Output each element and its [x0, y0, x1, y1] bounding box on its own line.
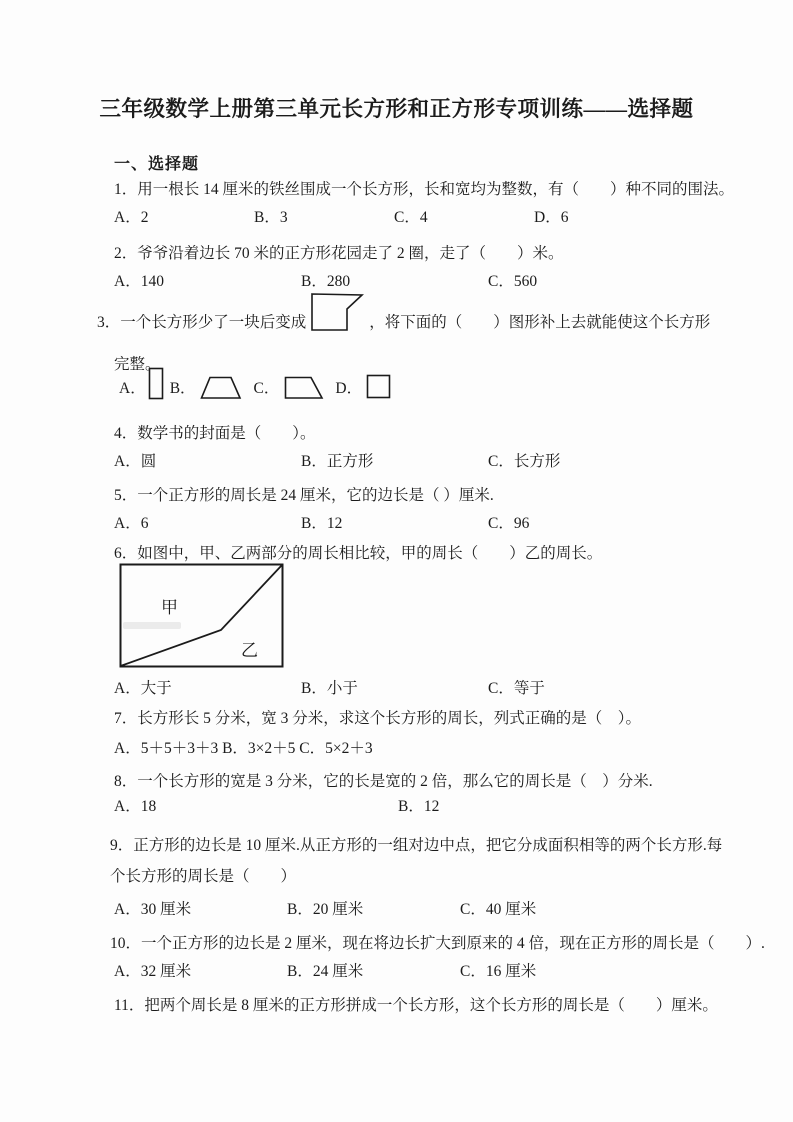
option-c: C．长方形: [488, 449, 675, 471]
question-7-stem: 7．长方形长 5 分米，宽 3 分米，求这个长方形的周长，列式正确的是（ ）。: [114, 706, 641, 728]
question-10-options: A．32 厘米 B．24 厘米 C．16 厘米: [114, 959, 633, 981]
question-4-options: A．圆 B．正方形 C．长方形: [114, 449, 675, 471]
option-b: B．24 厘米: [287, 959, 460, 981]
question-6-options: A．大于 B．小于 C．等于: [114, 676, 675, 698]
right-trapezoid-shape-icon: [284, 376, 324, 400]
figure-label-lower-region: 乙: [241, 641, 258, 660]
question-8-stem: 8．一个长方形的宽是 3 分米，它的长是宽的 2 倍，那么它的周长是（ ）分米.: [114, 769, 653, 791]
option-a: A．2: [114, 205, 254, 227]
option-b: B．12: [301, 511, 488, 533]
option-a: A．: [119, 376, 146, 400]
question-7-options: A．5＋5＋3＋3 B．3×2＋5 C．5×2＋3: [114, 736, 373, 758]
tall-rectangle-shape-icon: [148, 367, 164, 400]
question-1-options: A．2 B．3 C．4 D．6: [114, 205, 674, 227]
square-shape-icon: [366, 374, 392, 400]
option-c: C．96: [488, 511, 675, 533]
question-10-stem: 10．一个正方形的边长是 2 厘米，现在将边长扩大到原来的 4 倍，现在正方形的…: [110, 931, 765, 953]
scan-artifact: [123, 622, 181, 629]
option-a: A．140: [114, 269, 301, 291]
option-c: C．等于: [488, 676, 675, 698]
option-b: B．小于: [301, 676, 488, 698]
question-4-stem: 4．数学书的封面是（ ）。: [114, 421, 316, 443]
question-9-stem-line2: 个长方形的周长是（ ）: [110, 864, 296, 886]
option-c: C．16 厘米: [460, 959, 633, 981]
question-3-stem-after: ，将下面的（ ）图形补上去就能使这个长方形: [369, 291, 710, 332]
isosceles-trapezoid-shape-icon: [200, 376, 242, 400]
option-b: B．12: [398, 794, 682, 816]
option-c: C．4: [394, 205, 534, 227]
question-3-stem: 3．一个长方形少了一块后变成 ，将下面的（ ）图形补上去就能使这个长方形: [97, 291, 710, 333]
question-8-options: A．18 B．12: [114, 794, 682, 816]
option-a: A．18: [114, 794, 398, 816]
figure-label-upper-region: 甲: [161, 598, 178, 617]
question-9-options: A．30 厘米 B．20 厘米 C．40 厘米: [114, 897, 633, 919]
option-a: A．圆: [114, 449, 301, 471]
option-b: B．280: [301, 269, 488, 291]
page-title: 三年级数学上册第三单元长方形和正方形专项训练——选择题: [0, 92, 793, 123]
question-3-options: A． B． C． D．: [114, 366, 392, 400]
worksheet-page: 三年级数学上册第三单元长方形和正方形专项训练——选择题 一、选择题 1．用一根长…: [0, 0, 793, 1122]
option-b: B．3: [254, 205, 394, 227]
question-6-figure: 甲 乙: [119, 563, 287, 670]
question-1-stem: 1．用一根长 14 厘米的铁丝围成一个长方形，长和宽均为整数，有（ ）种不同的围…: [114, 177, 734, 199]
question-5-stem: 5．一个正方形的周长是 24 厘米，它的边长是（ ）厘米.: [114, 483, 494, 505]
option-b: B．20 厘米: [287, 897, 460, 919]
option-a: A．32 厘米: [114, 959, 287, 981]
question-2-stem: 2．爷爷沿着边长 70 米的正方形花园走了 2 圈，走了（ ）米。: [114, 241, 564, 263]
notched-rectangle-shape-icon: [310, 291, 365, 333]
question-2-options: A．140 B．280 C．560: [114, 269, 675, 291]
question-9-stem-line1: 9．正方形的边长是 10 厘米.从正方形的一组对边中点，把它分成面积相等的两个长…: [110, 833, 722, 855]
option-d: D．6: [534, 205, 674, 227]
option-c: C．560: [488, 269, 675, 291]
option-a: A．6: [114, 511, 301, 533]
question-3-stem-before: 3．一个长方形少了一块后变成: [97, 291, 306, 332]
option-c: C．: [254, 376, 280, 400]
question-5-options: A．6 B．12 C．96: [114, 511, 675, 533]
option-b: B．正方形: [301, 449, 488, 471]
option-a: A．大于: [114, 676, 301, 698]
option-d: D．: [335, 376, 362, 400]
question-11-stem: 11．把两个周长是 8 厘米的正方形拼成一个长方形，这个长方形的周长是（ ）厘米…: [114, 993, 718, 1015]
section-heading: 一、选择题: [114, 151, 199, 174]
option-a: A．30 厘米: [114, 897, 287, 919]
option-c: C．40 厘米: [460, 897, 633, 919]
question-6-stem: 6．如图中，甲、乙两部分的周长相比较，甲的周长（ ）乙的周长。: [114, 541, 602, 563]
option-b: B．: [170, 376, 196, 400]
